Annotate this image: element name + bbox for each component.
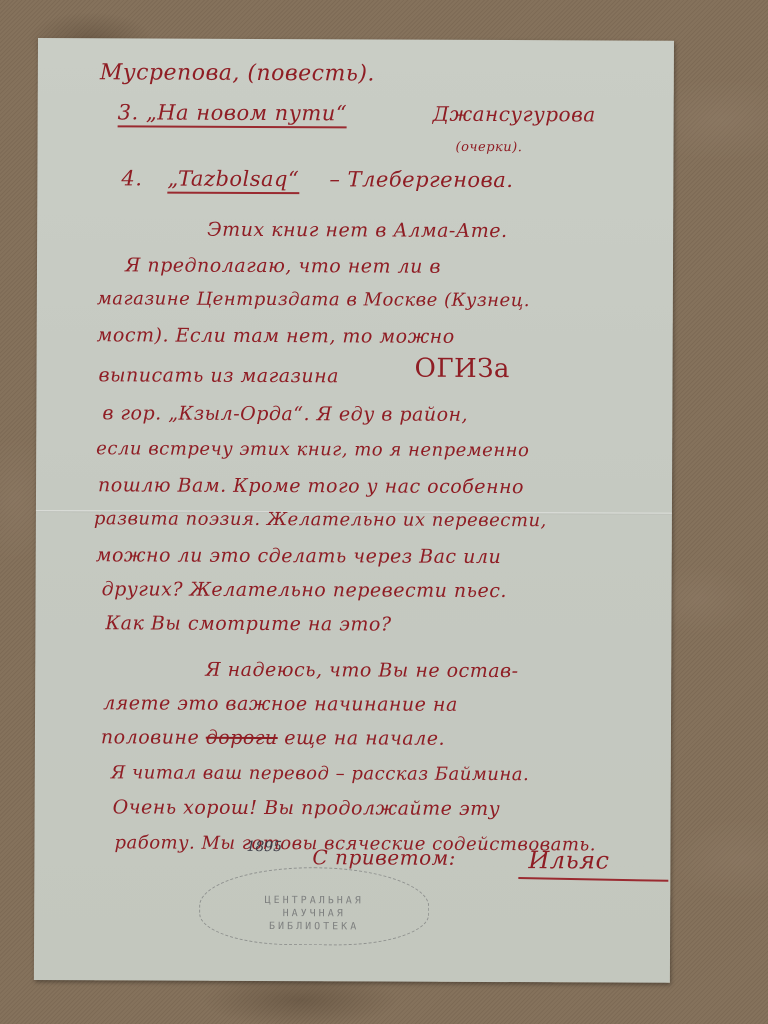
signature: Ильяс [528, 846, 609, 874]
text-line: в гор. „Кзыл-Орда“. Я еду в район, [102, 402, 468, 426]
text-line: других? Желательно перевести пьес. [102, 578, 507, 602]
stamp-text: НАУЧНАЯ [200, 907, 428, 921]
text-line: Я читал ваш перевод – рассказ Баймина. [111, 762, 530, 785]
text-line: развита поэзия. Желательно их перевести, [94, 508, 547, 531]
text-line-author: – Тлебергенова. [329, 167, 513, 192]
text-line: Мусрепова, (повесть). [100, 60, 375, 86]
closing-text: С приветом: [312, 845, 456, 870]
text-line-title-4: „Tazbolsaq“ [167, 167, 299, 192]
struck-word: дороги [206, 727, 278, 749]
text-line-note: (очерки). [455, 140, 522, 155]
book-title-underlined: 3. „На новом пути“ [118, 100, 348, 128]
text-line-author: Джансугурова [433, 102, 596, 127]
text-line: Этих книг нет в Алма-Ате. [207, 219, 507, 242]
text-line: пошлю Вам. Кроме того у нас особенно [98, 474, 524, 498]
text-line-number: 4. [121, 166, 142, 190]
book-title-underlined: „Tazbolsaq“ [167, 167, 299, 195]
text-line: ляете это важное начинание на [103, 692, 458, 716]
library-stamp: ЦЕНТРАЛЬНАЯ НАУЧНАЯ БИБЛИОТЕКА [199, 867, 429, 946]
text-line: мост). Если там нет, то можно [97, 324, 455, 348]
text-line-ogiz: ОГИЗа [414, 354, 510, 384]
text-word: половине [101, 726, 199, 748]
stamp-text: БИБЛИОТЕКА [200, 920, 428, 934]
text-line: Как Вы смотрите на это? [105, 612, 391, 635]
text-line: половине дороги еще на начале. [101, 726, 445, 750]
text-line: выписать из магазина [98, 364, 339, 387]
text-word: еще на начале. [284, 727, 445, 750]
text-line-title-3: 3. „На новом пути“ [118, 100, 348, 125]
text-line: можно ли это сделать через Вас или [96, 544, 502, 568]
archive-number: 1895 [246, 839, 282, 855]
text-line: Я предполагаю, что нет ли в [125, 254, 441, 277]
signature-underline [518, 877, 668, 882]
text-line: Я надеюсь, что Вы не остав- [205, 659, 518, 682]
text-line: магазине Центриздата в Москве (Кузнец. [97, 288, 530, 311]
text-line: Очень хорош! Вы продолжайте эту [113, 796, 501, 820]
stamp-text: ЦЕНТРАЛЬНАЯ [200, 894, 428, 908]
letter-paper: Мусрепова, (повесть). 3. „На новом пути“… [34, 38, 674, 983]
text-line: если встречу этих книг, то я непременно [96, 438, 529, 461]
